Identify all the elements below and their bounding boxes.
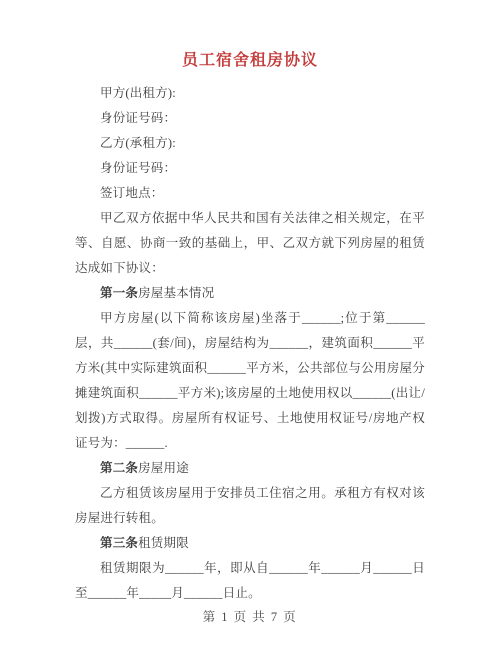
document-page: 员工宿舍租房协议 甲方(出租方): 身份证号码： 乙方(承租方): 身份证号码：… xyxy=(0,0,500,647)
field-party-a: 甲方(出租方): xyxy=(75,81,425,106)
section-3-title: 租赁期限 xyxy=(138,536,189,550)
field-id-number-a: 身份证号码： xyxy=(75,106,425,131)
section-3-number: 第三条 xyxy=(100,536,138,550)
section-2-title: 房屋用途 xyxy=(138,461,189,475)
document-content: 员工宿舍租房协议 甲方(出租方): 身份证号码： 乙方(承租方): 身份证号码：… xyxy=(0,0,500,647)
section-2-number: 第二条 xyxy=(100,461,138,475)
field-signing-place: 签订地点： xyxy=(75,181,425,206)
field-party-b: 乙方(承租方): xyxy=(75,131,425,156)
page-footer: 第 1 页 共 7 页 xyxy=(0,610,500,624)
field-id-number-b: 身份证号码： xyxy=(75,156,425,181)
section-3-heading: 第三条租赁期限 xyxy=(75,531,425,556)
section-3-body: 租赁期限为______年，即从自______年______月______日至__… xyxy=(75,556,425,606)
section-1-title: 房屋基本情况 xyxy=(138,286,214,300)
page-title: 员工宿舍租房协议 xyxy=(75,50,425,72)
intro-paragraph: 甲乙双方依据中华人民共和国有关法律之相关规定，在平等、自愿、协商一致的基础上，甲… xyxy=(75,206,425,281)
section-1-body: 甲方房屋(以下简称该房屋)坐落于______;位于第______层，共_____… xyxy=(75,306,425,456)
section-1-number: 第一条 xyxy=(100,286,138,300)
section-2-heading: 第二条房屋用途 xyxy=(75,456,425,481)
section-2-body: 乙方租赁该房屋用于安排员工住宿之用。承租方有权对该房屋进行转租。 xyxy=(75,481,425,531)
section-1-heading: 第一条房屋基本情况 xyxy=(75,281,425,306)
